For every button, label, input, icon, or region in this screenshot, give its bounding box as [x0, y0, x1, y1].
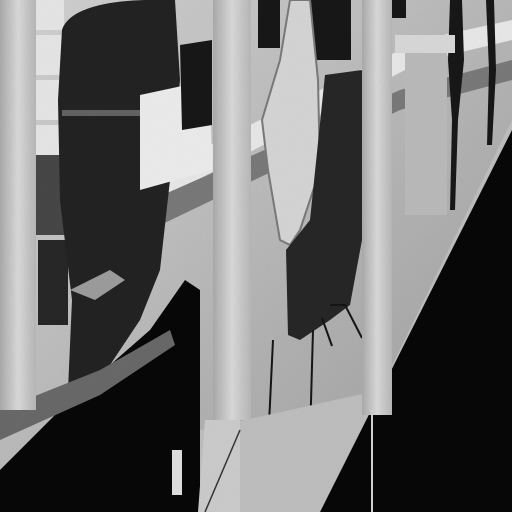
pillar-plinth — [198, 420, 240, 512]
photo-scene — [0, 0, 512, 512]
right-column — [405, 50, 447, 215]
pillar-left — [0, 0, 36, 410]
right-column-cap — [395, 35, 455, 53]
mural-panel-dark — [180, 40, 212, 130]
pillar-center — [213, 0, 251, 420]
pillar-right — [362, 0, 392, 415]
left-dark-window — [38, 240, 68, 325]
photo-illustration — [0, 0, 512, 512]
small-white-block — [172, 450, 182, 495]
